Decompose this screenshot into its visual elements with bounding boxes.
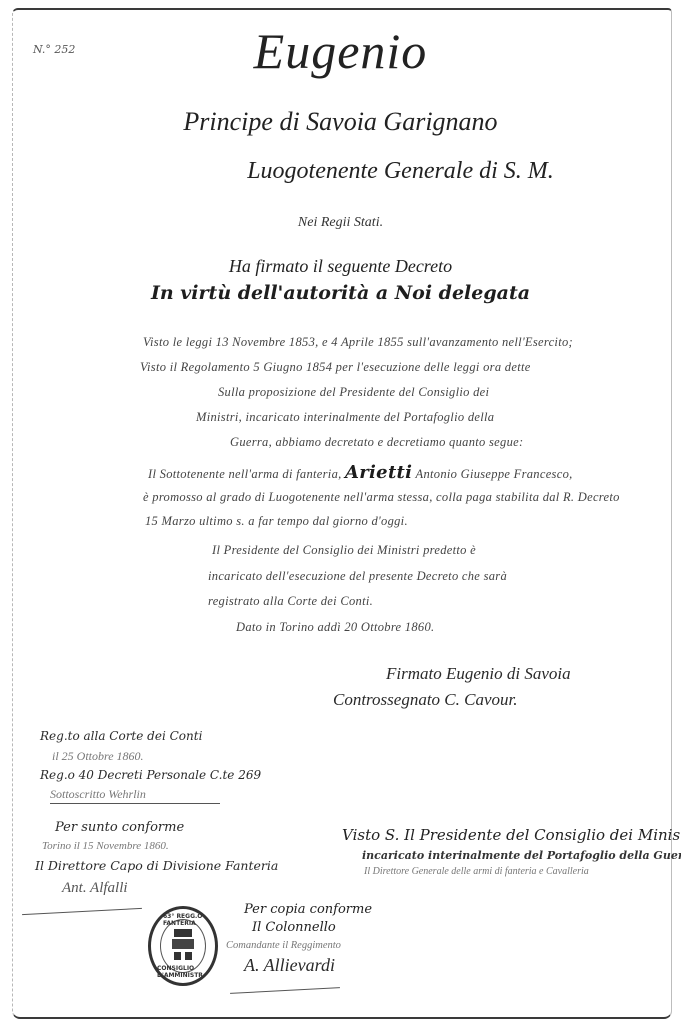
stamp-top-text: 63° REGG.O FANTERIA bbox=[163, 913, 215, 927]
visto-line-1: Visto S. Il Presidente del Consiglio dei… bbox=[342, 826, 681, 844]
regimental-stamp: 63° REGG.O FANTERIA CONSIGLIO D'AMMINIST… bbox=[148, 906, 218, 986]
visto-line-2: incaricato interinalmente del Portafogli… bbox=[362, 849, 681, 862]
registration-signature: Sottoscritto Wehrlin bbox=[50, 787, 146, 802]
conformity-date: Torino il 15 Novembre 1860. bbox=[42, 840, 169, 852]
closing-line-2: incaricato dell'esecuzione del presente … bbox=[208, 569, 507, 584]
registration-line-2: il 25 Ottobre 1860. bbox=[52, 749, 144, 764]
ha-firmato-heading: Ha firmato il seguente Decreto bbox=[0, 256, 681, 277]
promotion-line-2: è promosso al grado di Luogotenente nell… bbox=[143, 490, 620, 505]
registration-line-3: Reg.o 40 Decreti Personale C.te 269 bbox=[40, 768, 261, 782]
registration-underline bbox=[50, 803, 220, 804]
crest-svg bbox=[168, 927, 198, 965]
visto-line-3: Il Direttore Generale delle armi di fant… bbox=[364, 866, 589, 877]
conformity-director: Il Direttore Capo di Divisione Fanteria bbox=[35, 858, 278, 873]
body-line-4: Ministri, incaricato interinalmente del … bbox=[196, 410, 494, 425]
stamp-bottom-text: CONSIGLIO D'AMMINISTR. bbox=[157, 965, 215, 979]
body-line-5: Guerra, abbiamo decretato e decretiamo q… bbox=[230, 435, 523, 450]
subtitle-lieutenant-general: Luogotenente Generale di S. M. bbox=[60, 158, 681, 185]
conformity-line-1: Per sunto conforme bbox=[55, 820, 184, 835]
officer-surname: Arietti bbox=[345, 462, 412, 483]
nei-regii-stati: Nei Regii Stati. bbox=[0, 215, 681, 231]
body-line-1: Visto le leggi 13 Novembre 1853, e 4 Apr… bbox=[143, 335, 573, 350]
copia-line-2: Il Colonnello bbox=[252, 920, 336, 935]
registration-line-1: Reg.to alla Corte dei Conti bbox=[40, 729, 202, 743]
closing-line-3: registrato alla Corte dei Conti. bbox=[208, 594, 373, 609]
copia-signature: A. Allievardi bbox=[244, 955, 335, 976]
subtitle-prince: Principe di Savoia Garignano bbox=[0, 107, 681, 137]
body-line-3: Sulla proposizione del Presidente del Co… bbox=[218, 385, 489, 400]
body-line-2: Visto il Regolamento 5 Giugno 1854 per l… bbox=[140, 360, 531, 375]
signature-firmato: Firmato Eugenio di Savoia bbox=[386, 664, 571, 684]
copia-line-3: Comandante il Reggimento bbox=[226, 940, 341, 951]
copia-line-1: Per copia conforme bbox=[244, 902, 372, 917]
officer-given-names: Antonio Giuseppe Francesco, bbox=[416, 467, 573, 481]
promotion-prefix: Il Sottotenente nell'arma di fanteria, bbox=[148, 467, 342, 481]
date-line: Dato in Torino addì 20 Ottobre 1860. bbox=[236, 620, 434, 635]
document-title: Eugenio bbox=[0, 22, 681, 80]
promotion-line: Il Sottotenente nell'arma di fanteria, A… bbox=[148, 462, 573, 483]
signature-controssegnato: Controssegnato C. Cavour. bbox=[333, 690, 518, 710]
closing-line-1: Il Presidente del Consiglio dei Ministri… bbox=[212, 543, 476, 558]
conformity-signature: Ant. Alfalli bbox=[62, 880, 128, 897]
promotion-line-3: 15 Marzo ultimo s. a far tempo dal giorn… bbox=[145, 514, 408, 529]
in-virtu-heading: In virtù dell'autorità a Noi delegata bbox=[0, 282, 681, 304]
